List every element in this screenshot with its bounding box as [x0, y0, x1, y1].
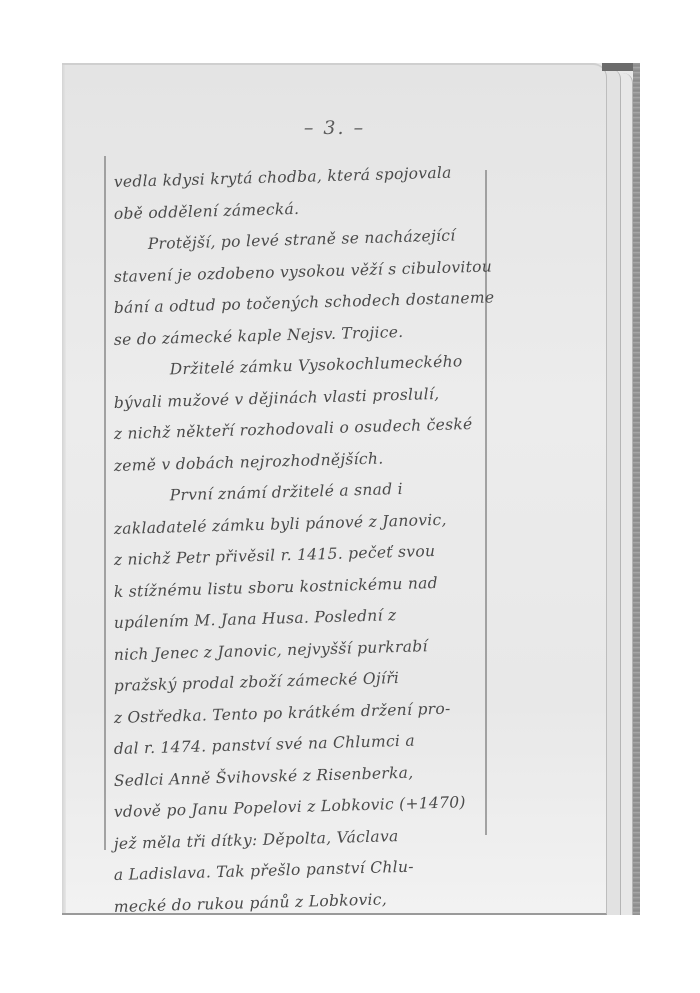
- left-margin-rule: [104, 156, 106, 850]
- handwritten-text: vedla kdysi krytá chodba, která spojoval…: [114, 173, 486, 929]
- page-number: – 3. –: [62, 117, 607, 139]
- book-binding: [633, 63, 640, 915]
- manuscript-page: – 3. – vedla kdysi krytá chodba, která s…: [62, 63, 607, 915]
- stacked-page-edge: [621, 73, 633, 915]
- scanned-book-spread: – 3. – vedla kdysi krytá chodba, která s…: [62, 63, 640, 915]
- page-edge: [62, 65, 66, 913]
- stacked-page-edge: [607, 69, 621, 915]
